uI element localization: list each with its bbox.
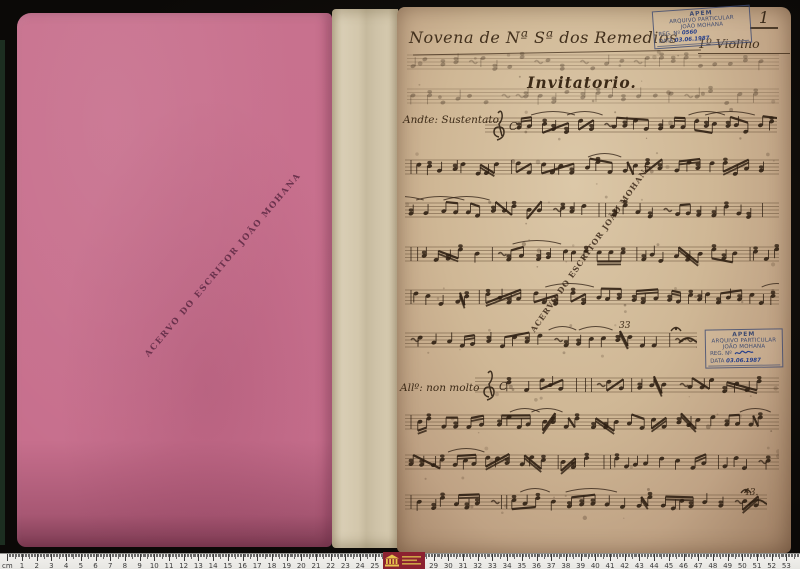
tempo-marking-allegro: Allº: non molto [400, 382, 479, 394]
staff [405, 486, 767, 520]
ruler-number: 35 [517, 562, 526, 569]
music-manuscript-page: CC Novena de Nª Sª dos Remedios 1º Violi… [397, 7, 791, 553]
archive-registration-stamp: APEM ARQUIVO PARTICULAR JOÃO MOHANA REG.… [705, 328, 784, 368]
staff [405, 151, 779, 185]
stamp-date-value: 03.06.1987 [675, 36, 710, 44]
pink-folder-cover: ACERVO DO ESCRITOR JOÃO MOHANA [17, 13, 332, 547]
ruler-number: 33 [488, 562, 497, 569]
ruler-number: 48 [708, 562, 717, 569]
ruler-number: 29 [429, 562, 438, 569]
ruler-number: 16 [238, 562, 247, 569]
ruler-number: 7 [108, 562, 112, 569]
ruler-number: 12 [179, 562, 188, 569]
ruler-number: 13 [194, 562, 203, 569]
staff [405, 446, 779, 480]
section-title: Invitatorio. [497, 73, 667, 92]
ruler-number: 22 [326, 562, 335, 569]
ruler-number: 18 [267, 562, 276, 569]
manuscript-scan: ACERVO DO ESCRITOR JOÃO MOHANA CC Novena… [0, 0, 800, 569]
ruler-number: 38 [561, 562, 570, 569]
ruler-number: 43 [635, 562, 644, 569]
ruler-number: 5 [79, 562, 83, 569]
ruler-number: 36 [532, 562, 541, 569]
staff [405, 324, 697, 358]
stamp-reg-value: 0560 [682, 29, 698, 36]
stamp-date-label: DATA [710, 358, 724, 364]
ruler-number: 24 [356, 562, 365, 569]
archive-registration-stamp: APEM ARQUIVO PARTICULAR JOÃO MOHANA REG.… [652, 5, 752, 50]
ruler-number: 49 [723, 562, 732, 569]
measure-annotation: 33 [619, 321, 630, 331]
ruler-number: 47 [694, 562, 703, 569]
ruler-number: 10 [150, 562, 159, 569]
staff [405, 281, 779, 315]
ruler-number: 19 [282, 562, 291, 569]
stamp-reg-label: REG. Nº [710, 351, 732, 357]
ruler-number: 11 [165, 562, 174, 569]
ruler-number: 53 [782, 562, 791, 569]
collection-stamp-text: ACERVO DO ESCRITOR JOÃO MOHANA [143, 173, 302, 359]
ruler-number: 51 [753, 562, 762, 569]
handwritten-scribble [734, 350, 756, 356]
ruler-number: 6 [93, 562, 97, 569]
ruler-number: 45 [664, 562, 673, 569]
ruler-number: 23 [341, 562, 350, 569]
scanner-edge-strip [0, 40, 5, 545]
ruler-number: 34 [503, 562, 512, 569]
apem-archive-logo [383, 552, 425, 569]
ruler-number: 32 [473, 562, 482, 569]
ruler-number: 31 [459, 562, 468, 569]
tempo-marking-andante: Andte: Sustentato. [403, 114, 502, 126]
ruler-number: 52 [767, 562, 776, 569]
ruler-number: 8 [123, 562, 127, 569]
measure-annotation: 43. [744, 488, 758, 498]
stamp-date-label: DATA [659, 38, 674, 45]
ruler-number: 15 [223, 562, 232, 569]
ruler-number: 37 [547, 562, 556, 569]
staff: C [485, 109, 777, 143]
ruler-number: 14 [209, 562, 218, 569]
ruler-number: 30 [444, 562, 453, 569]
ruler-number: 20 [297, 562, 306, 569]
ruler-number: 40 [591, 562, 600, 569]
cloth-spine [332, 9, 398, 548]
stamp-date-value: 03.06.1987 [726, 357, 761, 364]
ruler-number: 46 [679, 562, 688, 569]
ruler-number: 39 [576, 562, 585, 569]
svg-text:C: C [509, 120, 518, 133]
ruler-number: 42 [620, 562, 629, 569]
ruler-number: 2 [34, 562, 38, 569]
ruler-number: 50 [738, 562, 747, 569]
ruler-number: 44 [650, 562, 659, 569]
ruler-number: 3 [49, 562, 53, 569]
ruler-number: 41 [606, 562, 615, 569]
staff: C [475, 369, 779, 403]
ruler-number: 17 [253, 562, 262, 569]
ruler-number: 4 [64, 562, 68, 569]
ruler-number: 25 [370, 562, 379, 569]
ruler-unit-label: cm [2, 562, 13, 569]
page-number: 1 [750, 8, 778, 29]
ruler-number: 21 [312, 562, 321, 569]
staff [405, 194, 779, 228]
staff [405, 406, 779, 440]
ruler-number: 9 [137, 562, 141, 569]
ruler-number: 1 [20, 562, 24, 569]
